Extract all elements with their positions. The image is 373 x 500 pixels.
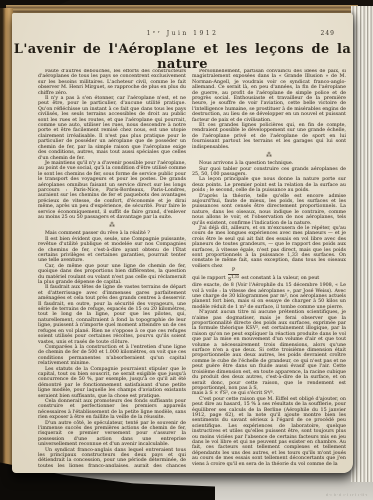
- paragraph: D'après la théorie, telle qu'elle est en…: [192, 194, 346, 226]
- paragraph: Il n'y a pas à s'en étonner, car l'aérop…: [38, 96, 186, 161]
- formula-line: qui le rapport PS1,33 est constant à la …: [192, 269, 346, 283]
- paragraph: Comparées à la construction et à l'entre…: [38, 345, 186, 367]
- paragraph: dire exacte, de 8 (Voir l'Aérophile du 1…: [192, 283, 346, 310]
- paragraph: N'ayant aucun titre ni aucune prétention…: [192, 310, 346, 391]
- paragraph: Cela donnerait aux promoteurs des fonds …: [38, 399, 186, 421]
- paragraph: Un syndicat franco-anglais dans lequel e…: [38, 448, 186, 467]
- paragraph: D'un autre côté, le spéculateur, tenté p…: [38, 421, 186, 448]
- paragraph: Il faudrait aux têtes de ligne de vastes…: [38, 285, 186, 344]
- paragraph: Les statuts de la Compagnie pourraient s…: [38, 367, 186, 399]
- paragraph: C'est pour cette raison que M. Eiffel es…: [192, 397, 346, 467]
- paragraph: Et ces grandes lignes policières qui, en…: [192, 123, 346, 150]
- paragraph: Faute d'autres débouchés, les efforts de…: [38, 69, 186, 96]
- book-scan: 1ᵉʳ Juin 1912 249 L'avenir de l'Aéroplan…: [0, 0, 373, 500]
- paragraph: Personnellement, partisan convaincu des …: [192, 69, 346, 123]
- page-number: 249: [321, 30, 335, 37]
- paragraph: La leçon principale que nous donne la na…: [192, 177, 346, 193]
- section-separator: ⁂: [38, 221, 186, 230]
- article-title: L'avenir de l'Aéroplane et les leçons de…: [12, 42, 353, 72]
- paragraph: Il est bien évident que, seule, une Comp…: [38, 237, 186, 264]
- paragraph: Sur quoi tabler pour construire ces gran…: [192, 167, 346, 178]
- magazine-page: 1ᵉʳ Juin 1912 249 L'avenir de l'Aéroplan…: [12, 13, 353, 473]
- article-body: Faute d'autres débouchés, les efforts de…: [38, 69, 346, 467]
- paragraph: Car, de même que pour une ligne de chemi…: [38, 264, 186, 286]
- section-separator: ⁂: [192, 151, 346, 160]
- paragraph: Je maintiens qu'il n'y a d'avenir possib…: [38, 161, 186, 220]
- scan-microtext: ıl·ı lı·ıl ı·l ıı·l ı·ll·ı: [326, 493, 368, 497]
- left-column: Faute d'autres débouchés, les efforts de…: [38, 69, 186, 467]
- right-column: Personnellement, partisan convaincu des …: [192, 69, 346, 467]
- issue-date: 1ᵉʳ Juin 1912: [12, 30, 353, 37]
- book-fore-edge-pages: [351, 6, 373, 482]
- paragraph: J'ai déjà dit, ailleurs, et on m'excuser…: [192, 226, 346, 269]
